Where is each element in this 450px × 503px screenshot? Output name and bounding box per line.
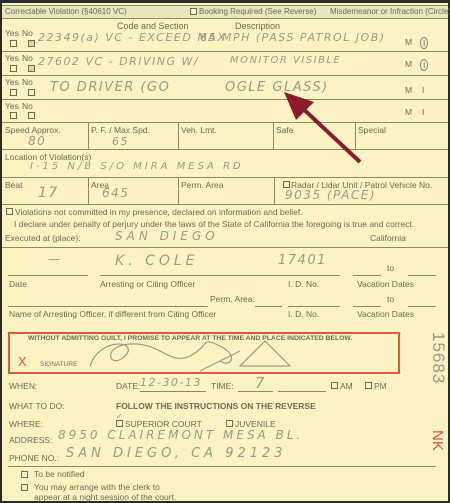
- when-label: WHEN:: [9, 381, 37, 391]
- radar-checkbox[interactable]: [283, 181, 290, 188]
- to-be-notified-label: To be notified: [34, 469, 85, 479]
- yes-checkbox[interactable]: [10, 112, 17, 119]
- pm-label: PM: [374, 381, 387, 391]
- yes-checkbox[interactable]: [10, 89, 17, 96]
- perjury-text: I declare under penalty of perjury under…: [14, 219, 414, 229]
- perm-area-label: Perm. Area: [181, 180, 224, 190]
- violation-code: 22349(a) VC - EXCEED MAX: [38, 31, 226, 44]
- date-value: —: [48, 252, 62, 266]
- id-label: I. D. No.: [288, 279, 319, 289]
- misdemeanor-label: Misdemeanor or Infraction (Circle): [330, 7, 450, 16]
- divider: [88, 122, 89, 149]
- name-if-different-label: Name of Arresting Officer, if different …: [9, 309, 216, 319]
- where-label: WHERE:: [9, 419, 43, 429]
- night-session-label-1: You may arrange with the clerk to: [34, 482, 160, 492]
- underline: [255, 306, 282, 307]
- yes-label: Yes: [5, 101, 19, 111]
- divider: [8, 466, 436, 467]
- no-label: No: [22, 77, 33, 87]
- divider: [2, 75, 448, 76]
- no-label: No: [22, 101, 33, 111]
- underline: [353, 275, 381, 276]
- underline: [140, 391, 206, 392]
- violation-description: MONITOR VISIBLE: [230, 55, 341, 66]
- divider: [273, 122, 274, 149]
- superior-court-checkbox[interactable]: [116, 420, 123, 427]
- perm-area-label-2: Perm. Area:: [210, 294, 255, 304]
- yes-checkbox[interactable]: [10, 40, 17, 47]
- underline: [408, 275, 436, 276]
- signature-x-mark: X: [18, 354, 27, 369]
- to-label: to: [387, 263, 394, 273]
- underline: [238, 391, 273, 392]
- correctable-violation-label: Correctable Violation (§40610 VC): [5, 7, 127, 16]
- yes-checkbox[interactable]: [10, 65, 17, 72]
- not-committed-checkbox[interactable]: [6, 208, 13, 215]
- phone-value: SAN DIEGO, CA 92123: [66, 446, 287, 461]
- speed-approx-value: 80: [28, 134, 46, 148]
- phone-label: PHONE NO.:: [9, 453, 59, 463]
- underline: [353, 306, 381, 307]
- description-header: Description: [235, 21, 280, 31]
- misdemeanor-option[interactable]: M: [405, 59, 412, 69]
- divider: [2, 122, 448, 123]
- id-label-2: I. D. No.: [288, 309, 319, 319]
- violation-description: 65 MPH (PASS PATROL JOB): [200, 31, 386, 44]
- veh-lmt-label: Veh. Lmt.: [181, 125, 217, 135]
- appearance-date-value: 12-30-13: [140, 376, 202, 389]
- misdemeanor-option[interactable]: M: [405, 85, 412, 95]
- underline: [288, 306, 340, 307]
- underline: [278, 391, 326, 392]
- appearance-date-label: DATE:: [116, 381, 140, 391]
- address-value: 8950 CLAIREMONT MESA BL.: [58, 428, 303, 442]
- to-be-notified-checkbox[interactable]: [21, 471, 28, 478]
- divider: [2, 204, 448, 205]
- pf-max-speed-label: P. F. / Max Spd.: [91, 125, 150, 135]
- vacation-dates-label: Vacation Dates: [357, 279, 414, 289]
- no-checkbox-checked[interactable]: [28, 65, 35, 72]
- divider: [2, 247, 448, 248]
- officer-label: Arresting or Citing Officer: [100, 279, 195, 289]
- underline: [408, 306, 436, 307]
- violation-code: 27602 VC - DRIVING W/: [38, 55, 199, 68]
- no-checkbox[interactable]: [28, 89, 35, 96]
- serial-suffix: NK: [429, 430, 446, 451]
- officer-value: K. COLE: [115, 253, 199, 269]
- superior-court-check-mark: ✓: [116, 412, 123, 421]
- underline: [8, 275, 88, 276]
- night-session-label-2: appear at a night session of the court.: [34, 492, 176, 502]
- no-checkbox[interactable]: [28, 112, 35, 119]
- booking-required-checkbox[interactable]: [190, 8, 197, 15]
- infraction-option[interactable]: I: [422, 107, 424, 117]
- address-label: ADDRESS:: [9, 435, 52, 445]
- what-to-do-label: WHAT TO DO:: [9, 401, 65, 411]
- underline: [8, 306, 208, 307]
- divider: [88, 177, 89, 204]
- yes-label: Yes: [5, 28, 19, 38]
- appearance-time-value: 7: [255, 374, 266, 392]
- not-committed-text: Violations not committed in my presence,…: [15, 207, 303, 217]
- divider: [274, 177, 275, 204]
- divider: [178, 122, 179, 149]
- pf-max-speed-value: 65: [112, 135, 129, 148]
- misdemeanor-option[interactable]: M: [405, 37, 412, 47]
- pm-checkbox[interactable]: [365, 382, 372, 389]
- beat-label: Beat: [5, 180, 23, 190]
- am-label: AM: [340, 381, 353, 391]
- am-checkbox[interactable]: [331, 382, 338, 389]
- juvenile-checkbox[interactable]: [226, 420, 233, 427]
- code-section-header: Code and Section: [117, 21, 189, 31]
- radar-value: 9035 (PACE): [285, 188, 376, 202]
- location-value: I-15 N/B S/O MIRA MESA RD: [30, 161, 244, 172]
- divider: [178, 177, 179, 204]
- executed-at-label: Executed at (place):: [5, 233, 81, 243]
- follow-instructions-text: FOLLOW THE INSTRUCTIONS ON THE REVERSE: [116, 401, 316, 411]
- signature-scribble: [70, 336, 300, 374]
- divider: [2, 99, 448, 100]
- serial-number: 15683: [428, 332, 448, 384]
- beat-value: 17: [38, 185, 59, 201]
- officer-id-value: 17401: [278, 253, 327, 268]
- infraction-option[interactable]: I: [422, 85, 424, 95]
- area-value: 645: [102, 186, 129, 200]
- yes-label: Yes: [5, 53, 19, 63]
- divider: [2, 177, 448, 178]
- california-label: California: [370, 233, 406, 243]
- divider: [2, 51, 448, 52]
- misdemeanor-option[interactable]: M: [405, 107, 412, 117]
- annotation-arrow-icon: [280, 90, 370, 170]
- divider: [2, 149, 448, 150]
- to-label-2: to: [387, 294, 394, 304]
- executed-at-value: SAN DIEGO: [115, 229, 219, 243]
- night-session-checkbox[interactable]: [21, 484, 28, 491]
- date-label: Date: [9, 279, 27, 289]
- violation-code: TO DRIVER (GO: [50, 80, 170, 95]
- booking-required-label: Booking Required (See Reverse): [199, 7, 316, 16]
- no-label: No: [22, 53, 33, 63]
- no-checkbox-checked[interactable]: [28, 40, 35, 47]
- appearance-time-label: TIME:: [211, 381, 234, 391]
- yes-label: Yes: [5, 77, 19, 87]
- no-label: No: [22, 28, 33, 38]
- underline: [100, 275, 340, 276]
- vacation-dates-label-2: Vacation Dates: [357, 309, 414, 319]
